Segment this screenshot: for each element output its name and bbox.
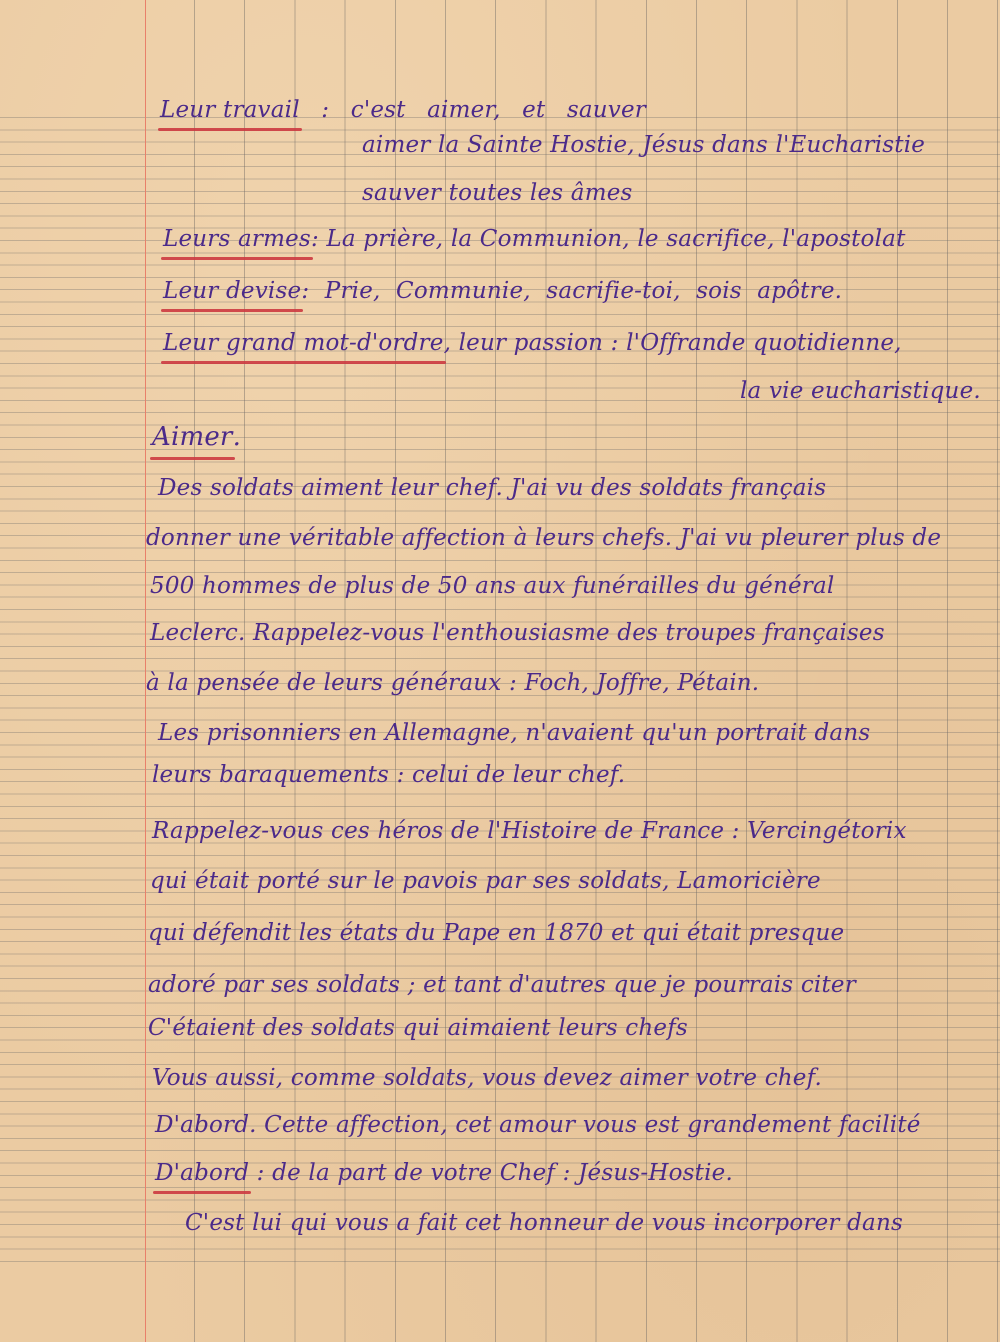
text-line-5: Leur devise: Prie, Communie, sacrifie-to… [163,278,842,304]
notebook-page: Leur travail : c'est aimer, et sauver ai… [0,0,1000,1342]
heading-leurs-armes: Leurs armes [163,226,311,252]
text-line-12: Leclerc. Rappelez-vous l'enthousiasme de… [150,620,885,646]
text-line-17: qui était porté sur le pavois par ses so… [150,868,821,894]
heading-leur-devise: Leur devise [163,278,301,304]
text-line-22: D'abord. Cette affection, cet amour vous… [155,1112,921,1138]
text-line-2: aimer la Sainte Hostie, Jésus dans l'Euc… [362,132,925,158]
text-line-20: C'étaient des soldats qui aimaient leurs… [148,1015,688,1041]
line-23-text: : de la part de votre Chef : Jésus-Hosti… [249,1160,733,1186]
heading-leur-travail: Leur travail [160,97,300,123]
text-line-14: Les prisonniers en Allemagne, n'avaient … [158,720,870,746]
text-line-15: leurs baraquements : celui de leur chef. [152,762,625,788]
text-line-16: Rappelez-vous ces héros de l'Histoire de… [152,818,907,844]
text-line-24: C'est lui qui vous a fait cet honneur de… [185,1210,903,1236]
line-4-text: : La prière, la Communion, le sacrifice,… [311,226,906,252]
text-line-13: à la pensée de leurs généraux : Foch, Jo… [146,670,759,696]
section-heading-aimer: Aimer. [152,422,241,452]
text-line-19: adoré par ses soldats ; et tant d'autres… [148,972,856,998]
heading-aimer: Aimer [152,422,233,452]
text-line-6: Leur grand mot-d'ordre, leur passion : l… [163,330,902,356]
text-line-1: Leur travail : c'est aimer, et sauver [160,97,646,123]
line-1-text: : c'est aimer, et sauver [321,97,646,123]
text-line-7: la vie eucharistique. [740,378,981,404]
text-line-3: sauver toutes les âmes [362,180,633,206]
text-line-4: Leurs armes: La prière, la Communion, le… [163,226,906,252]
text-line-11: 500 hommes de plus de 50 ans aux funérai… [150,573,834,599]
text-line-23: D'abord : de la part de votre Chef : Jés… [155,1160,733,1186]
text-line-9: Des soldats aiment leur chef. J'ai vu de… [158,475,826,501]
heading-dabord: D'abord [155,1160,249,1186]
line-6-text: , leur passion : l'Offrande quotidienne, [444,330,902,356]
text-line-10: donner une véritable affection à leurs c… [146,525,941,551]
text-line-18: qui défendit les états du Pape en 1870 e… [148,920,844,946]
text-line-21: Vous aussi, comme soldats, vous devez ai… [152,1065,822,1091]
line-5-text: : Prie, Communie, sacrifie-toi, sois apô… [301,278,842,304]
heading-leur-grand-mot-dordre: Leur grand mot-d'ordre [163,330,444,356]
